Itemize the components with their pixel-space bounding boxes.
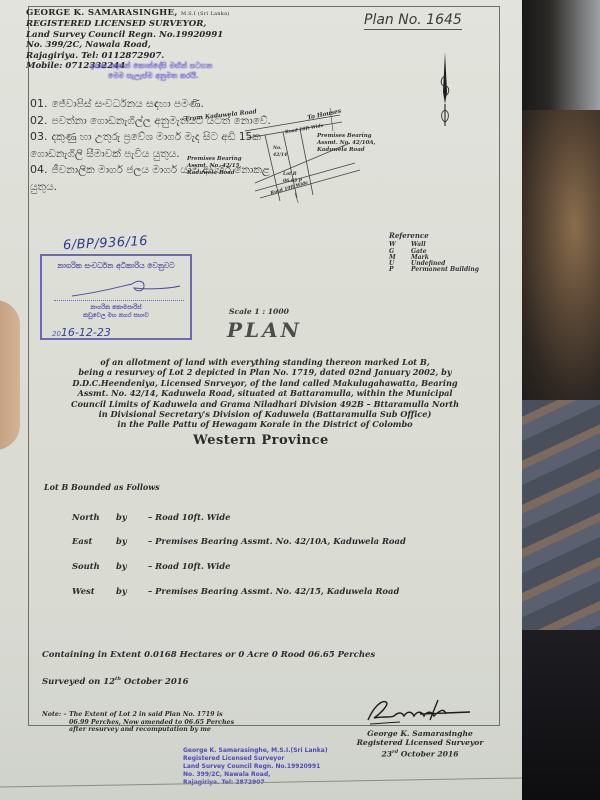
boundary-south: Southby– Road 10ft. Wide: [72, 561, 230, 571]
north-arrow-icon: [438, 52, 452, 127]
signer-name: George K. Samarasinghe: [330, 729, 510, 738]
boundary-east: Eastby– Premises Bearing Assmt. No. 42/1…: [72, 536, 406, 546]
stamp-line: මෙම සැලැස්ම අනුමත කරයි.: [90, 71, 250, 81]
description-line: being a resurvey of Lot 2 depicted in Pl…: [30, 367, 500, 377]
stamp-signatory: නාගරික කොමසාරිස් කඩුවෙල මහ නගර සභාව: [42, 304, 190, 320]
boundary-north: Northby– Road 10ft. Wide: [72, 512, 230, 522]
plan-number: Plan No. 1645: [364, 12, 462, 30]
description-line: Assmt. No. 42/14, Kaduwela Road, situate…: [30, 388, 500, 398]
stamp-signature-line: [54, 300, 184, 301]
stamp-line: George K. Samarasinghe, M.S.I.(Sri Lanka…: [183, 747, 333, 755]
legend-title: Reference: [389, 233, 479, 239]
stamp-title: නාගරික සංවර්ධන අධිකාරිය වෙනුවට: [47, 261, 185, 271]
surveyor-title: REGISTERED LICENSED SURVEYOR,: [26, 19, 230, 29]
reference-legend: Reference WWall GGate MMark UUndefined P…: [389, 233, 479, 274]
plan-scale: Scale 1 : 1000: [229, 307, 289, 316]
plan-description: of an allotment of land with everything …: [30, 357, 500, 430]
surveyor-signature-block: George K. Samarasinghe Registered Licens…: [330, 729, 510, 759]
surveyor-name: GEORGE K. SAMARASINGHE, M.S.I (Sri Lanka…: [26, 8, 230, 19]
stamp-line: No. 399/2C, Nawala Road,: [183, 771, 333, 779]
land-extent: Containing in Extent 0.0168 Hectares or …: [42, 650, 375, 660]
location-sketch: Road 10ft Wide Road 10ft Wide To Houses …: [225, 103, 425, 203]
sketch-building-number: No. 42/14: [273, 145, 295, 159]
stamp-date: 2016-12-23: [52, 326, 111, 339]
description-line: Council Limits of Kaduwela and Grama Nil…: [30, 399, 500, 409]
description-line: of an allotment of land with everything …: [30, 357, 500, 367]
province-heading: Western Province: [0, 433, 522, 448]
stamp-line: ඉහත සඳහන් කොන්දේසි මඟින් සටහන: [90, 61, 250, 71]
background-photo-object: [515, 110, 600, 400]
background-photo-fabric: [515, 400, 600, 630]
description-line: in Divisional Secretary's Division of Ka…: [30, 409, 500, 419]
description-line: D.D.C.Heendeniya, Licensed Snrveyor, of …: [30, 378, 500, 388]
boundary-west: Westby– Premises Bearing Assmt. No. 42/1…: [72, 586, 399, 596]
surveyor-signature-icon: [360, 696, 480, 726]
survey-plan-document: GEORGE K. SAMARASINGHE, M.S.I (Sri Lanka…: [0, 0, 522, 800]
legend-item: PPermanent Building: [389, 267, 479, 273]
stamp-line: Registered Licensed Surveyor: [183, 755, 333, 763]
description-line: in the Palle Pattu of Hewagam Korale in …: [30, 419, 500, 429]
sketch-lot-label: Lot B 06.65 P: [283, 171, 307, 185]
survey-date: Surveyed on 12th October 2016: [42, 676, 189, 687]
background-photo-top: [515, 0, 600, 110]
background-photo-bottom: [515, 630, 600, 800]
signature-date: 23rd October 2016: [330, 748, 510, 759]
sketch-east-premises: Premises Bearing Assmt. No. 42/10A, Kadu…: [317, 133, 392, 154]
municipal-approval-stamp: නාගරික සංවර්ධන අධිකාරිය වෙනුවට නාගරික කො…: [40, 254, 192, 340]
stamp-line: Land Survey Council Regn. No.19920991: [183, 763, 333, 771]
boundaries-title: Lot B Bounded as Follows: [44, 482, 160, 492]
approval-note-stamp: ඉහත සඳහන් කොන්දේසි මඟින් සටහන මෙම සැලැස්…: [90, 61, 250, 81]
holding-finger: [0, 300, 20, 450]
surveyor-registration: Land Survey Council Regn. No.19920991: [26, 30, 230, 40]
extent-note: Note: –The Extent of Lot 2 in said Plan …: [42, 711, 234, 734]
stamp-signature-icon: [62, 278, 182, 298]
sketch-west-premises: Premises Bearing Assmt. No. 42/15, Kaduw…: [187, 156, 247, 177]
surveyor-address-1: No. 399/2C, Nawala Road,: [26, 40, 230, 50]
surveyor-address-2: Rajagiriya. Tel: 0112872907.: [26, 51, 230, 61]
signer-title: Registered Licensed Surveyor: [330, 738, 510, 747]
plan-heading: PLAN: [227, 318, 302, 342]
